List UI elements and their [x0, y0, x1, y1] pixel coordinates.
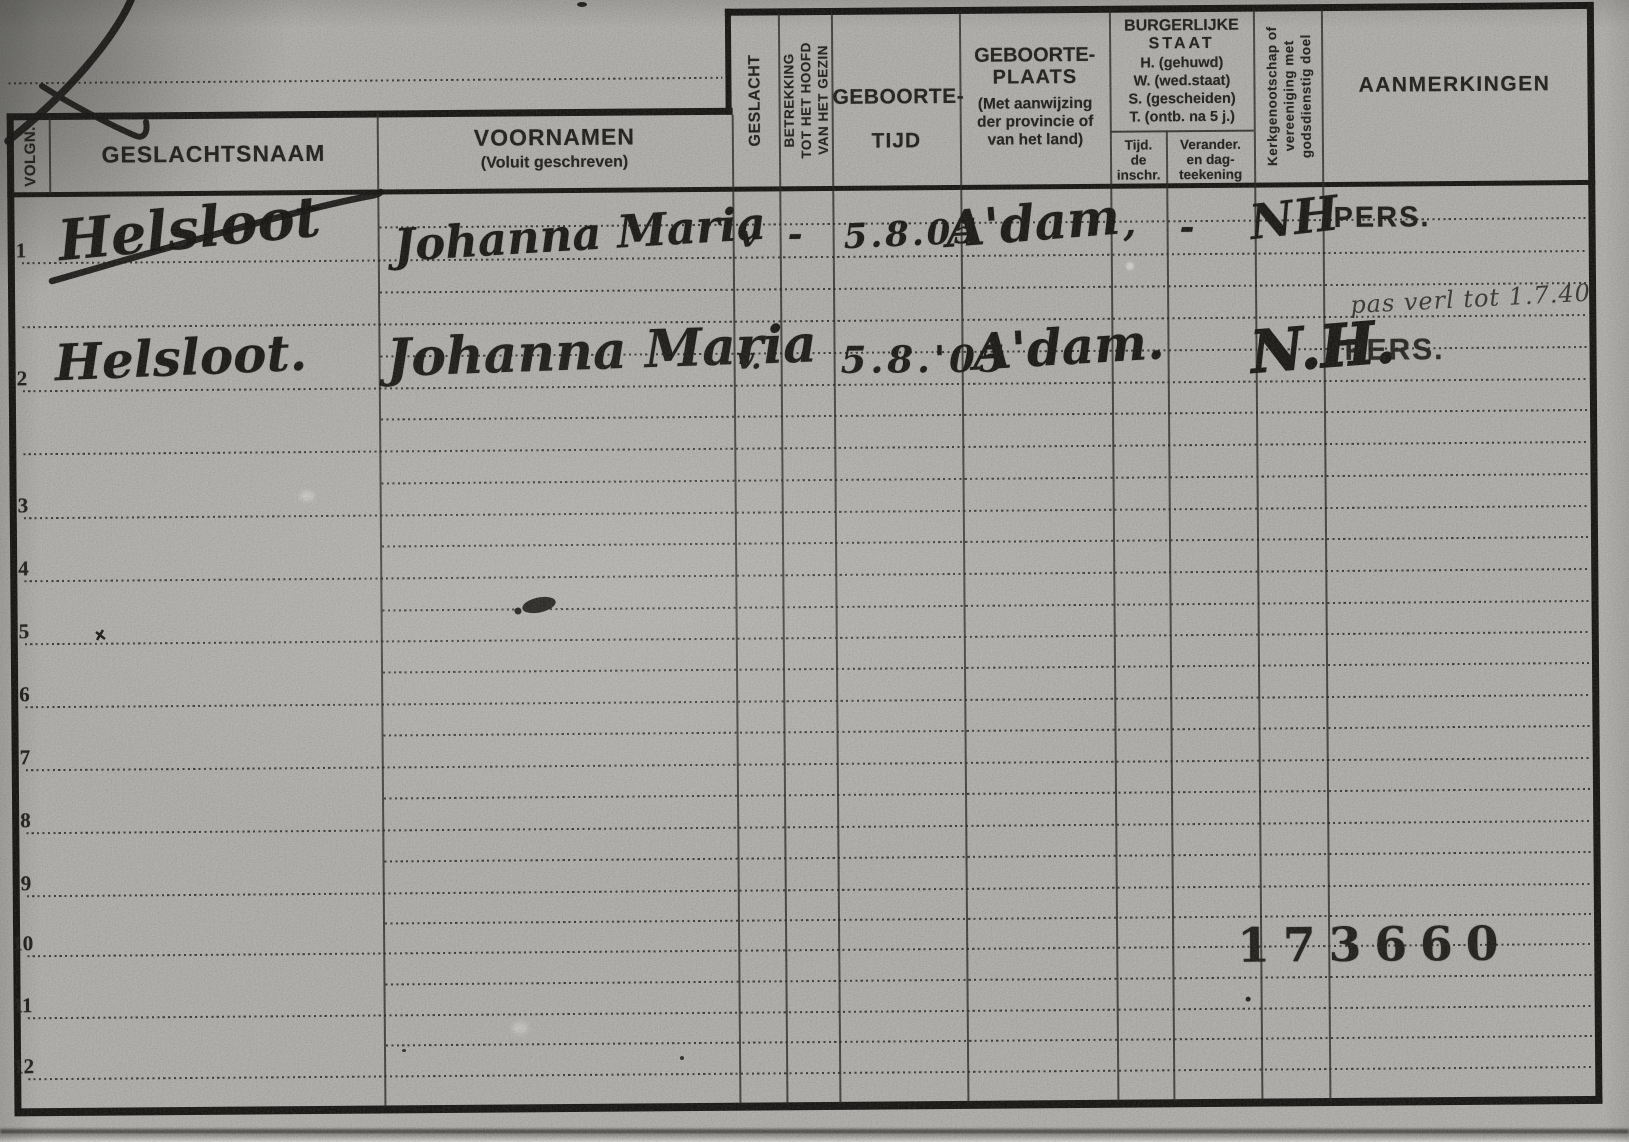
dotted-rule — [26, 757, 1590, 772]
dotted-rule — [28, 1066, 1592, 1081]
dotted-rule — [27, 883, 1591, 898]
dotted-rule — [383, 662, 1589, 674]
dotted-rule — [25, 631, 1589, 646]
row-number: 5 — [19, 621, 30, 642]
dotted-rule — [381, 409, 1587, 421]
registration-number-stamp: 173660 — [1237, 921, 1512, 970]
scanned-registration-card: VOLGN. GESLACHTSNAAM VOORNAMEN (Voluit g… — [0, 0, 1629, 1142]
dotted-rule — [24, 505, 1588, 520]
dotted-rule — [28, 1005, 1592, 1020]
entry-surname-row2: Helsloot. — [54, 328, 308, 389]
dotted-rule — [382, 473, 1588, 485]
pers-stamp-row1: PERS. — [1333, 203, 1430, 233]
dotted-rule — [384, 725, 1590, 737]
row-number: 2 — [17, 368, 28, 389]
entry-verander-row1: - — [1179, 209, 1194, 245]
row-number: 4 — [18, 558, 29, 579]
entry-tijd-row1: , — [1123, 206, 1136, 242]
entry-church-row1: NH — [1247, 189, 1341, 247]
row-number: 8 — [20, 810, 31, 831]
row-number: 12 — [13, 1056, 34, 1077]
entry-sex-row2: v. — [736, 344, 761, 374]
dotted-rule — [386, 1035, 1592, 1047]
dotted-rule — [383, 600, 1589, 612]
row-number: 9 — [21, 873, 32, 894]
dotted-rule — [24, 568, 1588, 583]
dotted-rule — [385, 851, 1591, 863]
row-number: 3 — [18, 495, 29, 516]
card-form: VOLGN. GESLACHTSNAAM VOORNAMEN (Voluit g… — [0, 0, 1629, 1142]
dotted-rule — [384, 788, 1590, 800]
entry-sex-row1: v — [740, 223, 758, 253]
row-number: 7 — [20, 747, 31, 768]
row-number: 1 — [16, 240, 27, 261]
dotted-rule — [382, 536, 1588, 548]
row-number: 10 — [12, 933, 33, 954]
dotted-rule — [25, 694, 1589, 709]
dotted-rule — [26, 820, 1590, 835]
entry-birthplace-row2: A'dam. — [971, 316, 1165, 377]
scan-edge — [0, 1135, 1629, 1142]
entry-relation-row1: - — [787, 216, 802, 252]
row-number: 6 — [19, 684, 30, 705]
entry-birthplace-row1: A'dam — [944, 192, 1122, 255]
scan-edge-shadow — [0, 1129, 1629, 1134]
dotted-rule — [385, 974, 1591, 986]
row-number: 11 — [13, 995, 33, 1016]
dotted-rule — [23, 441, 1587, 456]
pers-stamp-row2: PERS. — [1344, 335, 1444, 366]
